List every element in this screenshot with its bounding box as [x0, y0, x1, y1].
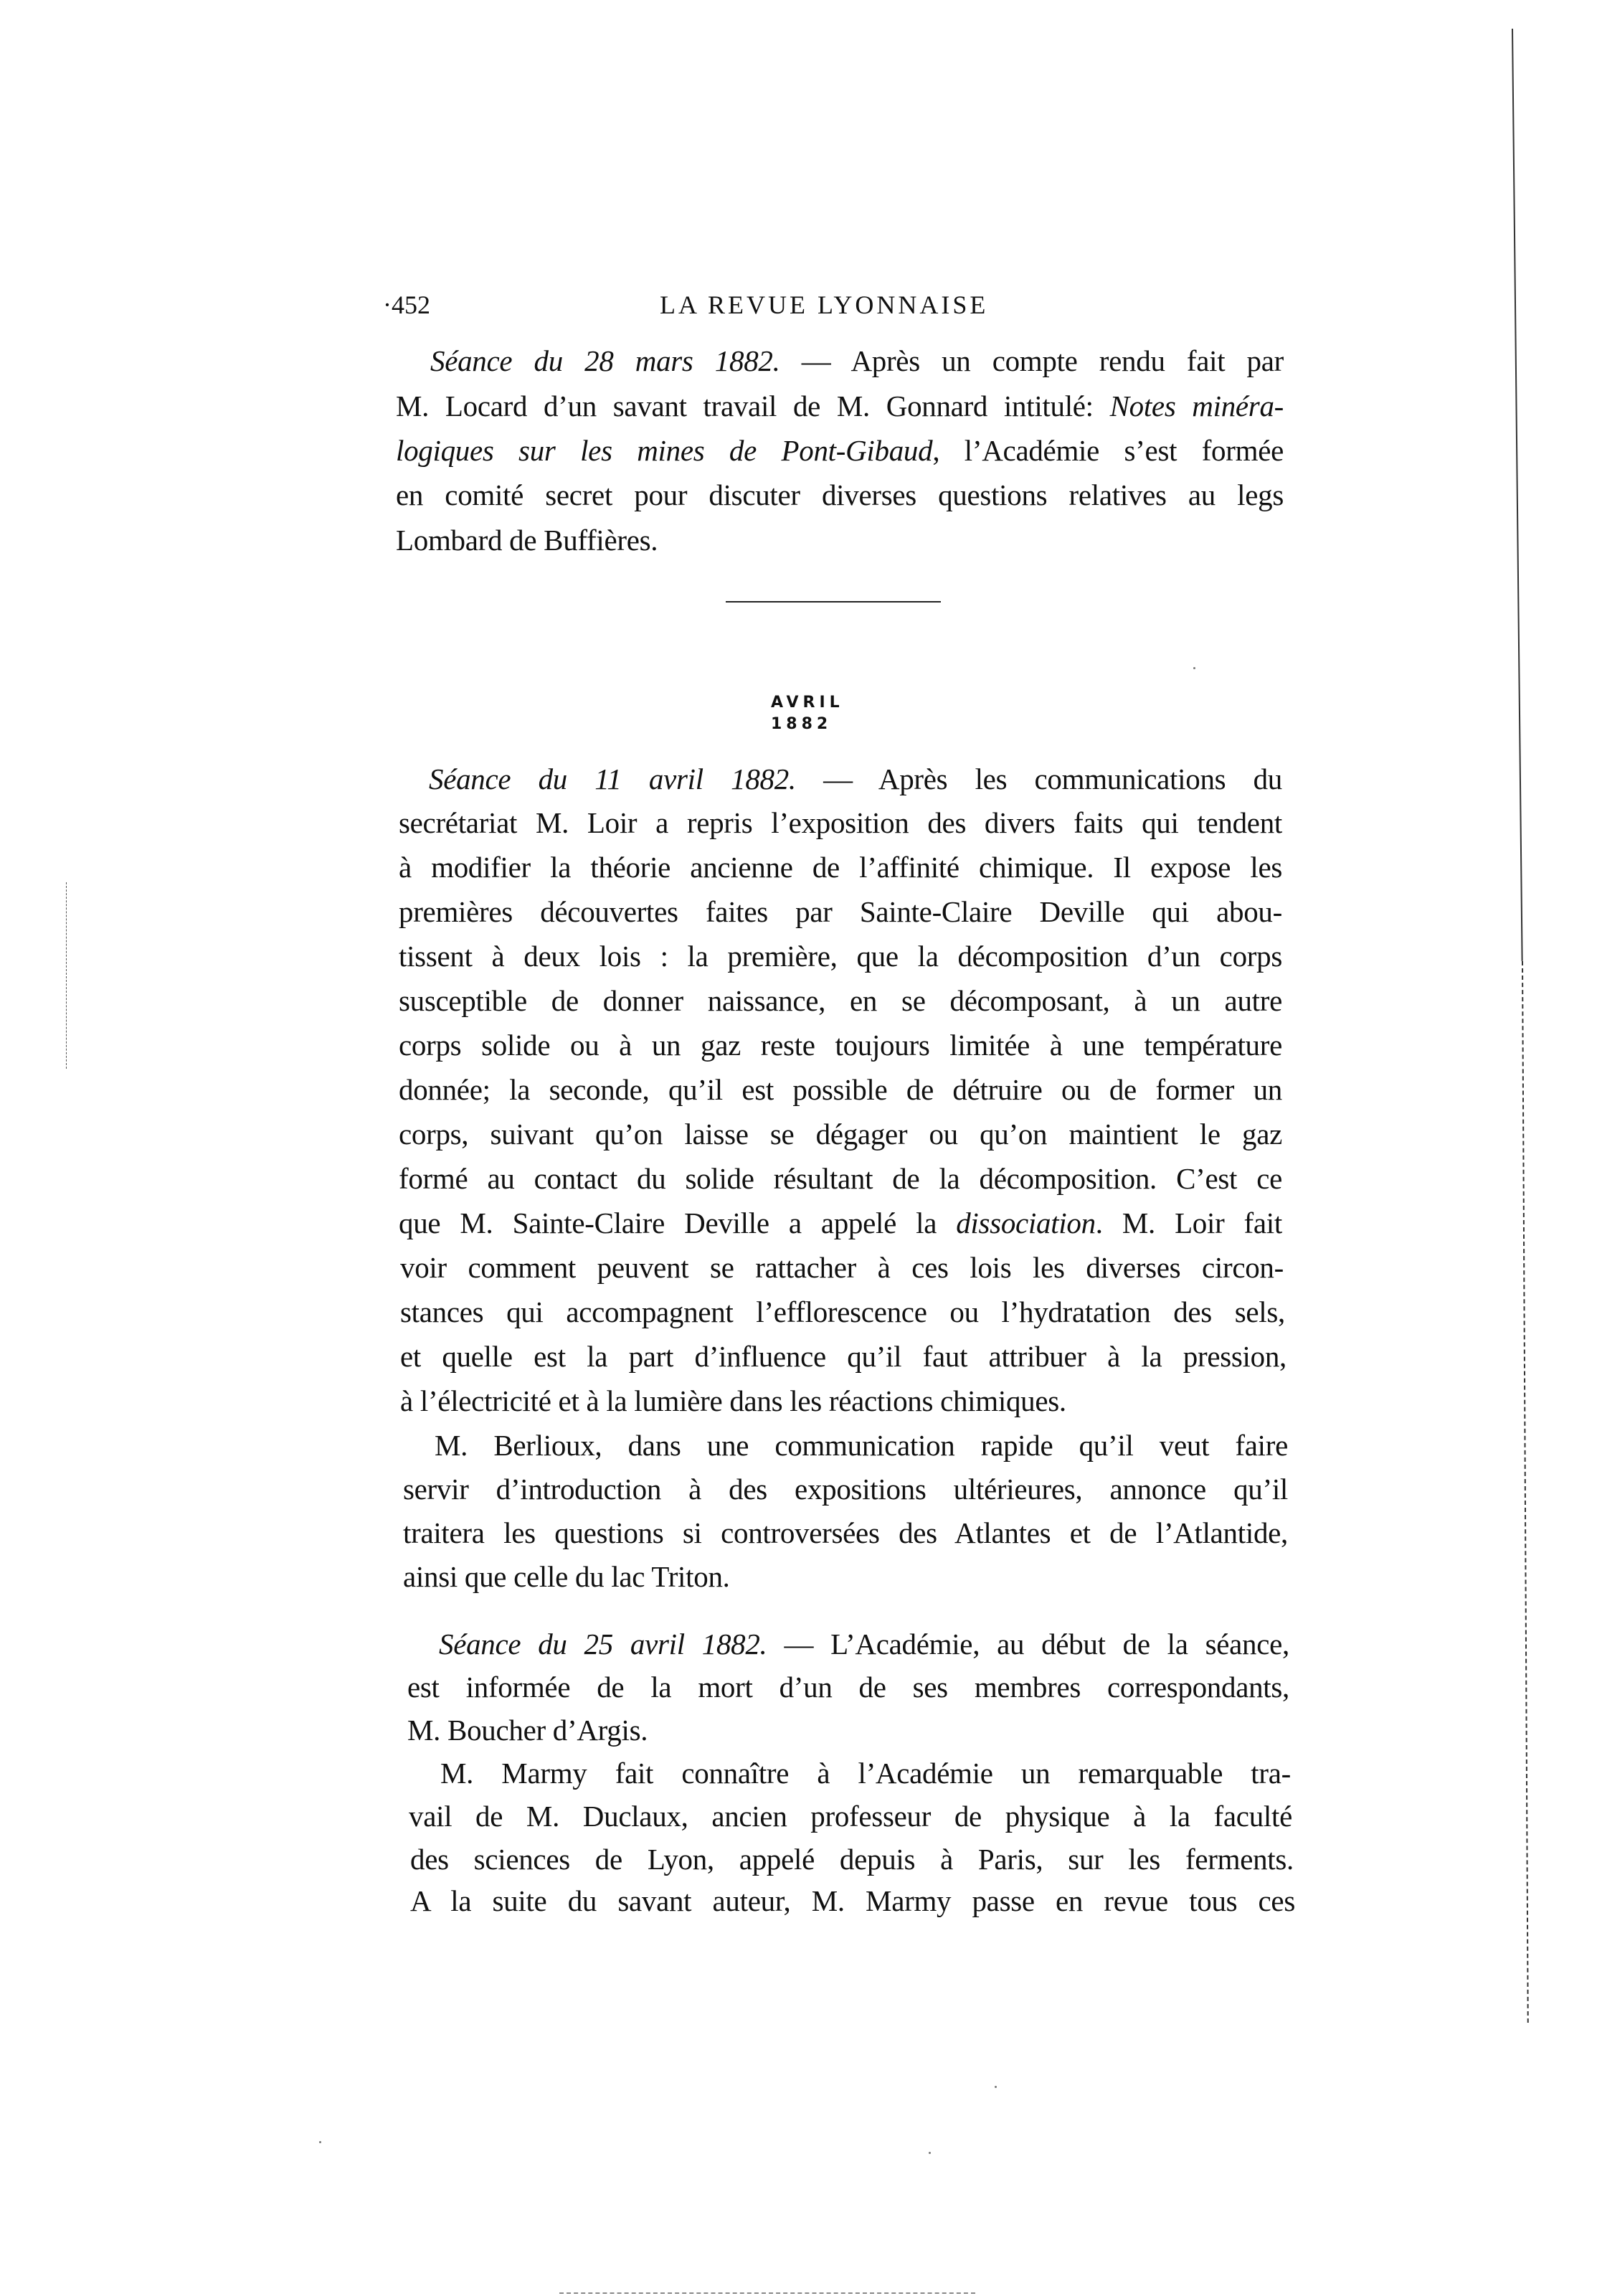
text-line: M. Boucher d’Argis. [407, 1710, 1289, 1750]
text-line: ainsi que celle du lac Triton. [403, 1556, 1288, 1597]
work-title: Notes minéra- [1110, 389, 1284, 422]
text-line: en comité secret pour discuter diverses … [396, 475, 1284, 515]
line-text: . M. Loir fait [1096, 1206, 1282, 1239]
text-line: M. Marmy fait connaître à l’Académie un … [440, 1753, 1291, 1793]
text-line: à modifier la théorie ancienne de l’affi… [399, 847, 1282, 887]
bottom-scan-line [559, 2292, 975, 2294]
line-text: , l’Académie s’est formée [932, 434, 1284, 467]
session-date: Séance du 28 mars 1882. [430, 344, 780, 377]
text-line: des sciences de Lyon, appelé depuis à Pa… [410, 1839, 1294, 1879]
line-text: — Après un compte rendu fait par [780, 344, 1284, 377]
scan-speck [319, 2141, 321, 2143]
line-text: — Après les communications du [796, 762, 1282, 795]
line-text: — L’Académie, au début de la séance, [767, 1627, 1289, 1660]
text-line: servir d’introduction à des expositions … [403, 1469, 1288, 1509]
running-header: ·452 LA REVUE LYONNAISE [380, 287, 1284, 323]
text-line: premières découvertes faites par Sainte-… [399, 892, 1282, 932]
text-line: est informée de la mort d’un de ses memb… [407, 1667, 1289, 1707]
scanned-page: ·452 LA REVUE LYONNAISE Séance du 28 mar… [0, 0, 1597, 2296]
text-line: donnée; la seconde, qu’il est possible d… [399, 1069, 1282, 1110]
text-line: susceptible de donner naissance, en se d… [399, 981, 1282, 1021]
text-line: corps, suivant qu’on laisse se dégager o… [399, 1114, 1282, 1154]
text-line: que M. Sainte-Claire Deville a appelé la… [399, 1203, 1282, 1243]
text-line: traitera les questions si controversées … [403, 1513, 1288, 1553]
scan-speck [1193, 667, 1195, 669]
text-line: Séance du 25 avril 1882. — L’Académie, a… [439, 1624, 1289, 1664]
text-line: vail de M. Duclaux, ancien professeur de… [409, 1796, 1292, 1836]
text-line: tissent à deux lois : la première, que l… [399, 936, 1282, 976]
text-line: M. Locard d’un savant travail de M. Gonn… [396, 386, 1284, 426]
scan-speck [995, 2086, 997, 2088]
text-line: formé au contact du solide résultant de … [399, 1158, 1282, 1199]
page-number: ·452 [383, 287, 430, 323]
line-text: M. Locard d’un savant travail de M. Gonn… [396, 389, 1110, 422]
line-text: que M. Sainte-Claire Deville a appelé la [399, 1206, 956, 1239]
session-date: Séance du 25 avril 1882. [439, 1627, 767, 1660]
journal-title: LA REVUE LYONNAISE [660, 287, 988, 323]
text-line: A la suite du savant auteur, M. Marmy pa… [410, 1881, 1295, 1921]
term-dissociation: dissociation [956, 1206, 1096, 1239]
text-line: et quelle est la part d’influence qu’il … [400, 1336, 1286, 1376]
text-line: secrétariat M. Loir a repris l’expositio… [399, 803, 1282, 843]
month-heading: AVRIL 1882 [771, 692, 914, 735]
text-line: à l’électricité et à la lumière dans les… [400, 1381, 1286, 1421]
text-line: stances qui accompagnent l’efflorescence… [400, 1292, 1285, 1332]
session-date: Séance du 11 avril 1882. [429, 762, 796, 795]
text-line: Séance du 28 mars 1882. — Après un compt… [430, 341, 1284, 381]
right-margin-scan-line [1512, 29, 1523, 961]
scan-speck [929, 2152, 931, 2154]
right-margin-scan-line-lower [1522, 961, 1529, 2023]
text-line: voir comment peuvent se rattacher à ces … [400, 1247, 1284, 1288]
text-line: logiques sur les mines de Pont-Gibaud, l… [396, 430, 1284, 471]
section-divider [726, 601, 941, 603]
left-margin-scan-marks [66, 882, 67, 1069]
text-line: Lombard de Buffières. [396, 520, 1284, 560]
text-line: corps solide ou à un gaz reste toujours … [399, 1025, 1282, 1065]
text-line: M. Berlioux, dans une communication rapi… [435, 1425, 1288, 1465]
work-title: logiques sur les mines de Pont-Gibaud [396, 434, 932, 467]
text-line: Séance du 11 avril 1882. — Après les com… [429, 759, 1282, 799]
